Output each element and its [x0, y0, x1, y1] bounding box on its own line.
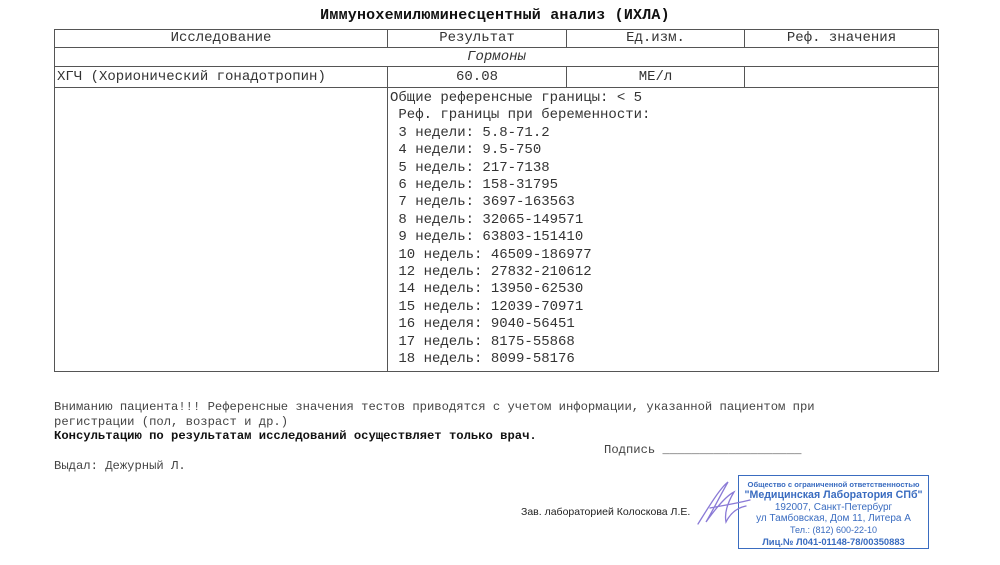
reference-line: Реф. границы при беременности:: [390, 107, 938, 124]
empty-cell: [55, 88, 388, 372]
header-unit: Ед.изм.: [567, 30, 745, 48]
reference-notes-row: Общие референсные границы: < 5 Реф. гран…: [55, 88, 939, 372]
reference-line: 17 недель: 8175-55868: [390, 334, 938, 351]
reference-line: 18 недель: 8099-58176: [390, 351, 938, 368]
test-name: ХГЧ (Хорионический гонадотропин): [55, 67, 388, 88]
header-reference: Реф. значения: [745, 30, 939, 48]
signature-line: ___________________: [663, 443, 802, 457]
report-title: Иммунохемилюминесцентный анализ (ИХЛА): [0, 7, 990, 24]
reference-line: 6 недель: 158-31795: [390, 177, 938, 194]
issued-by: Выдал: Дежурный Л.: [54, 459, 186, 473]
test-reference: [745, 67, 939, 88]
lab-stamp: Общество с ограниченной ответственностью…: [738, 475, 929, 549]
reference-line: 7 недель: 3697-163563: [390, 194, 938, 211]
stamp-line-3: 192007, Санкт-Петербург: [739, 502, 928, 513]
notice-bold: Консультацию по результатам исследований…: [54, 429, 934, 444]
reference-line: 15 недель: 12039-70971: [390, 299, 938, 316]
header-test: Исследование: [55, 30, 388, 48]
reference-line: 3 недели: 5.8-71.2: [390, 125, 938, 142]
stamp-line-2: "Медицинская Лаборатория СПб": [739, 490, 928, 501]
stamp-line-4: ул Тамбовская, Дом 11, Литера А: [739, 513, 928, 524]
results-table: Исследование Результат Ед.изм. Реф. знач…: [54, 29, 939, 372]
reference-line: 16 неделя: 9040-56451: [390, 316, 938, 333]
table-row: ХГЧ (Хорионический гонадотропин) 60.08 М…: [55, 67, 939, 88]
notice-line-1: Вниманию пациента!!! Референсные значени…: [54, 400, 934, 415]
header-result: Результат: [388, 30, 567, 48]
notice-line-2: регистрации (пол, возраст и др.): [54, 415, 934, 430]
table-header-row: Исследование Результат Ед.изм. Реф. знач…: [55, 30, 939, 48]
reference-line: 5 недель: 217-7138: [390, 160, 938, 177]
signature-label: Подпись: [604, 443, 655, 457]
section-row: Гормоны: [55, 48, 939, 67]
lab-head: Зав. лабораторией Колоскова Л.Е.: [521, 506, 690, 518]
patient-notice: Вниманию пациента!!! Референсные значени…: [54, 400, 934, 444]
reference-notes: Общие референсные границы: < 5 Реф. гран…: [388, 88, 939, 372]
handwritten-signature-icon: [690, 478, 760, 528]
reference-line: 8 недель: 32065-149571: [390, 212, 938, 229]
reference-line: 4 недели: 9.5-750: [390, 142, 938, 159]
stamp-line-6: Лиц.№ Л041-01148-78/00350883: [739, 536, 928, 547]
reference-line: 9 недель: 63803-151410: [390, 229, 938, 246]
reference-line: Общие референсные границы: < 5: [390, 90, 938, 107]
section-title: Гормоны: [55, 48, 939, 67]
signature-field: Подпись ___________________: [604, 443, 802, 457]
reference-line: 10 недель: 46509-186977: [390, 247, 938, 264]
reference-line: 14 недель: 13950-62530: [390, 281, 938, 298]
test-result: 60.08: [388, 67, 567, 88]
stamp-line-5: Тел.: (812) 600-22-10: [739, 525, 928, 536]
reference-line: 12 недель: 27832-210612: [390, 264, 938, 281]
test-unit: МЕ/л: [567, 67, 745, 88]
